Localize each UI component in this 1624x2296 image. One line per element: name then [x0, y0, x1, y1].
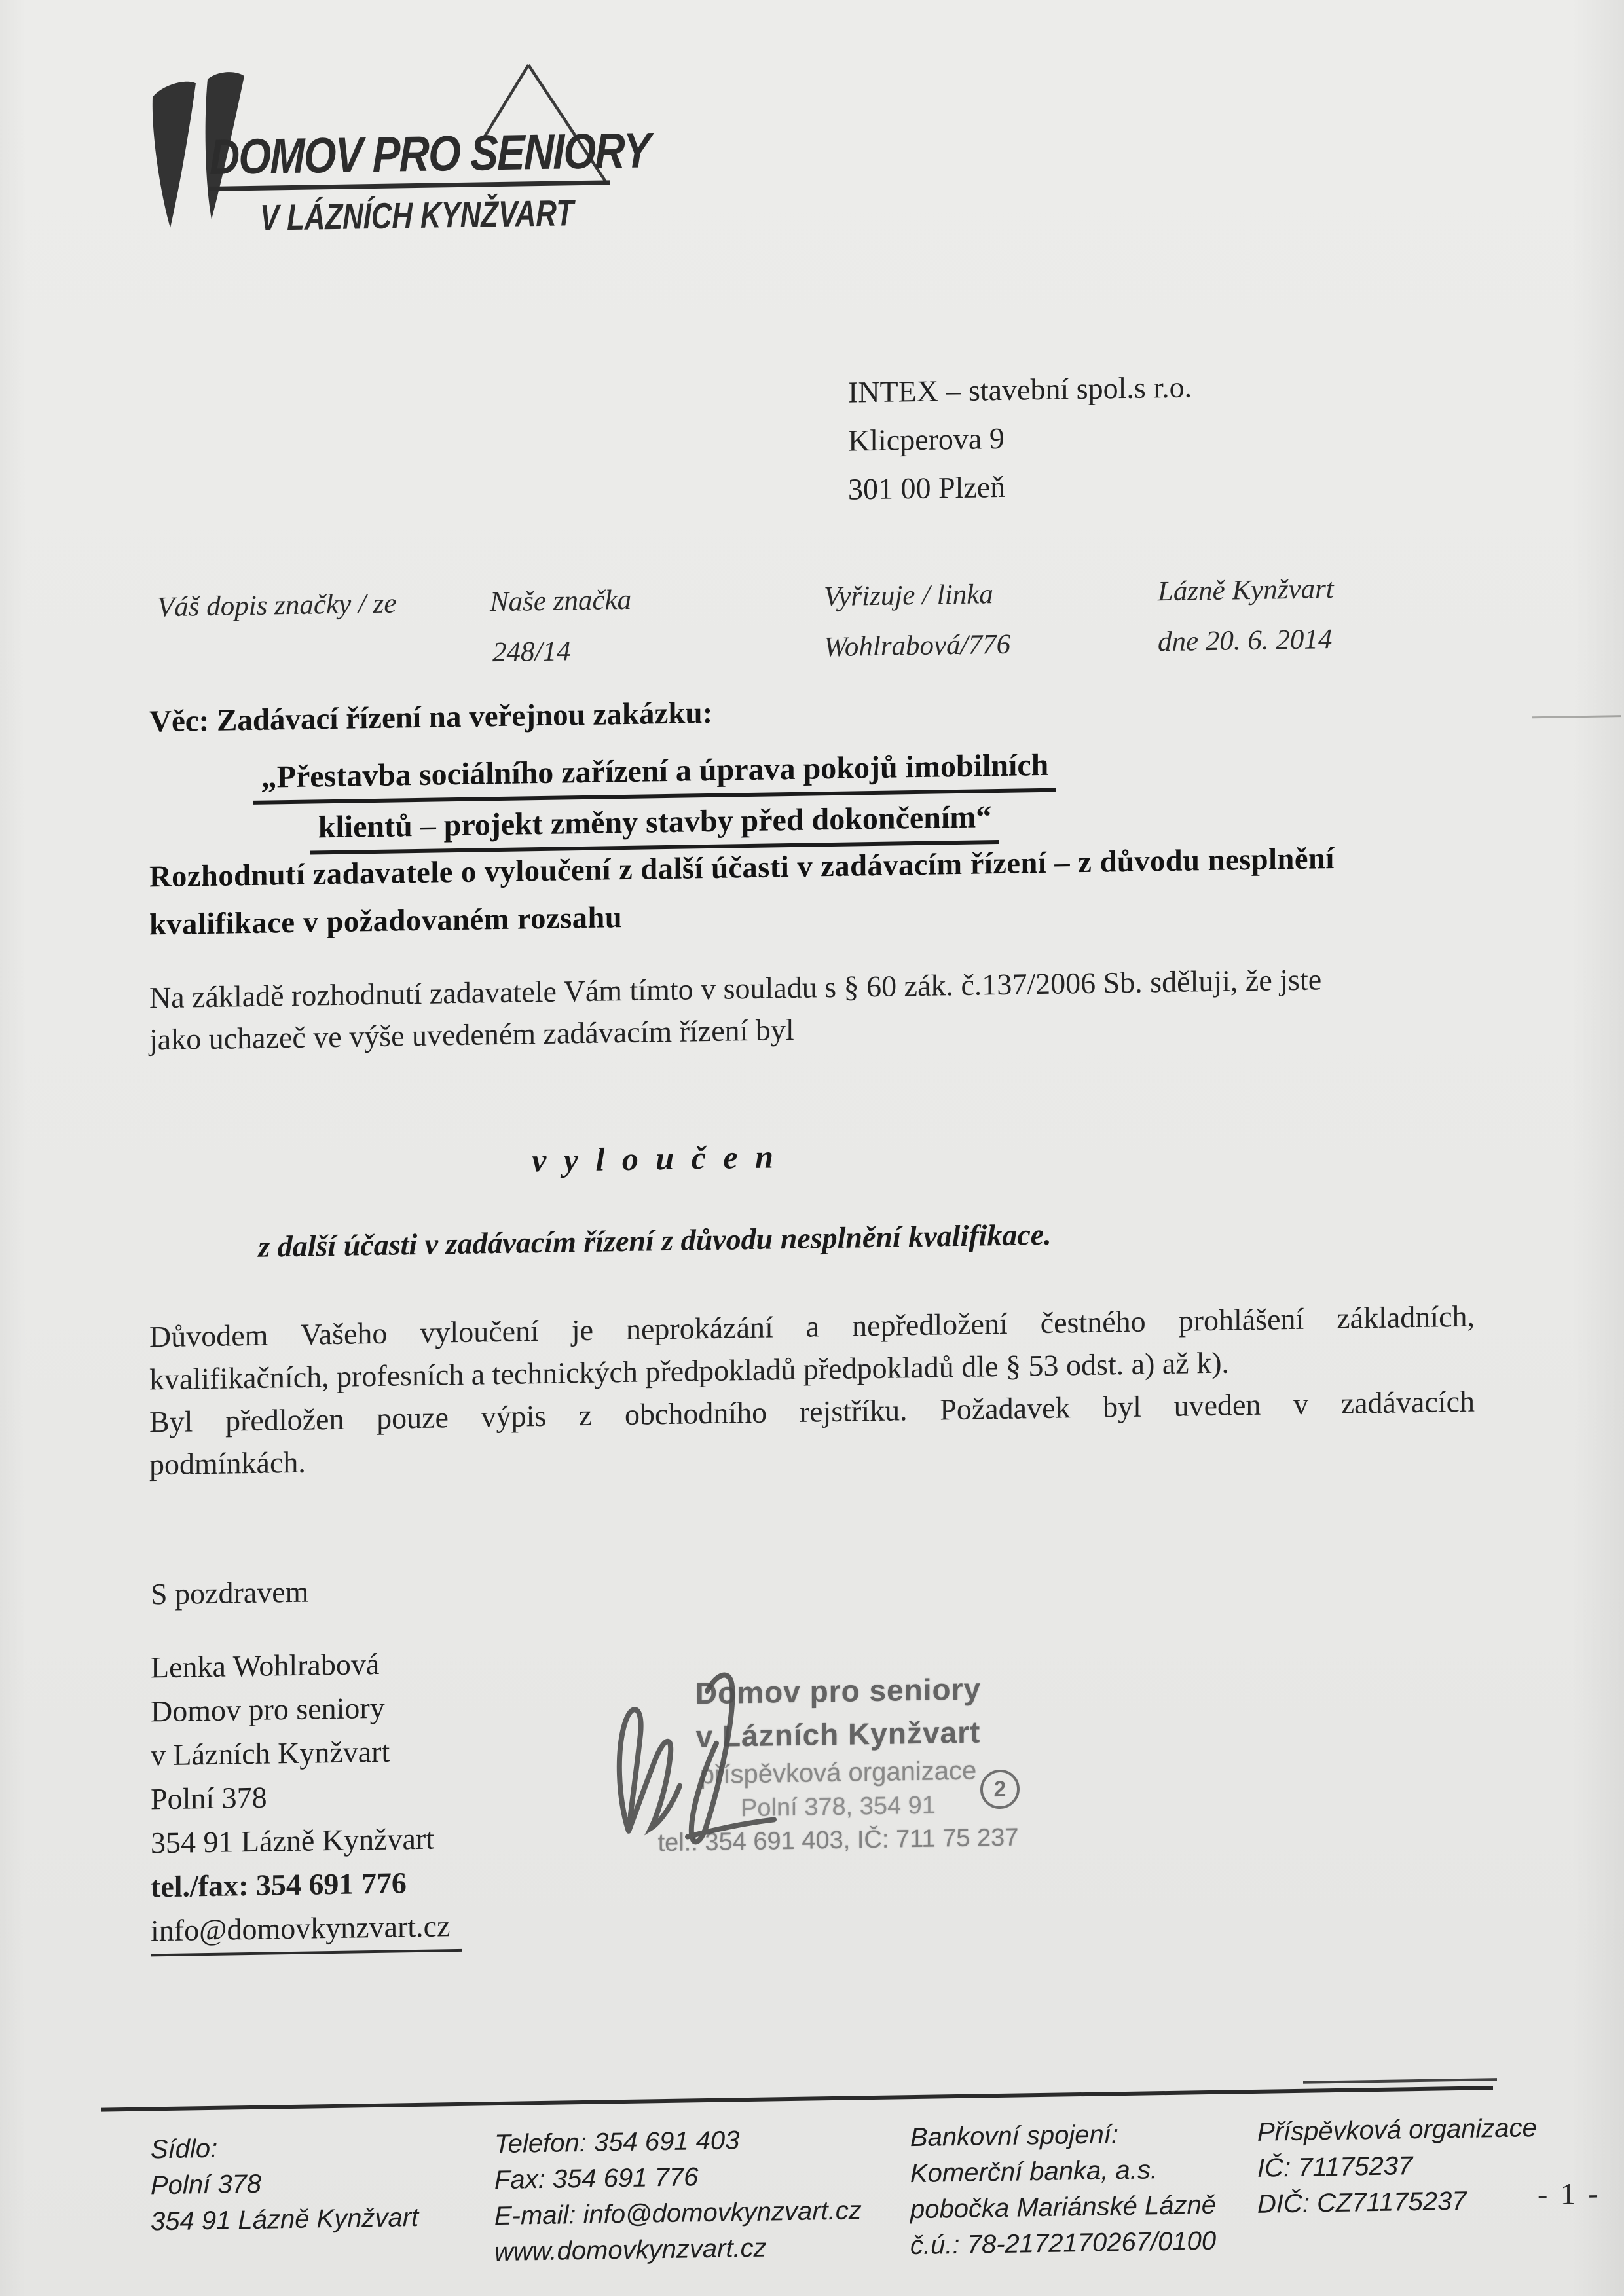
footer-email: E-mail: info@domovkynzvart.cz — [494, 2193, 862, 2234]
scanned-letter: { "colors": {"paper": "#eaeae8", "ink": … — [0, 0, 1624, 2296]
closing-salutation: S pozdravem — [151, 1575, 308, 1612]
footer-divider-artifact — [1303, 2078, 1497, 2084]
ref-date-value: dne 20. 6. 2014 — [1158, 623, 1332, 658]
handwritten-signature-icon — [609, 1663, 832, 1863]
recipient-address: INTEX – stavební spol.s r.o. Klicperova … — [848, 363, 1192, 513]
signer-city: 354 91 Lázně Kynžvart — [151, 1816, 462, 1865]
footer-col-contact: Telefon: 354 691 403 Fax: 354 691 776 E-… — [494, 2121, 862, 2270]
footer-address-line1: Sídlo: — [151, 2128, 418, 2168]
recipient-street: Klicperova 9 — [848, 411, 1192, 465]
letterhead-logo: DOMOV PRO SENIORY V LÁZNÍCH KYNŽVART — [147, 56, 619, 253]
footer-bank-account: č.ú.: 78-2172170267/0100 — [910, 2223, 1216, 2264]
footer-website: www.domovkynzvart.cz — [494, 2229, 862, 2270]
footer-phone: Telefon: 354 691 403 — [494, 2121, 862, 2162]
signer-name: Lenka Wohlrabová — [151, 1641, 462, 1689]
footer-bank-branch: pobočka Mariánské Lázně — [910, 2187, 1216, 2228]
footer-org-type: Příspěvková organizace — [1257, 2110, 1537, 2151]
signer-org-line1: Domov pro seniory — [151, 1685, 462, 1733]
footer-fax: Fax: 354 691 776 — [494, 2157, 862, 2198]
ref-handled-by-label: Vyřizuje / linka — [824, 578, 993, 613]
footer-address-line2: Polní 378 — [151, 2164, 418, 2204]
ref-our-ref-value: 248/14 — [492, 635, 570, 668]
subject-intro: Věc: Zadávací řízení na veřejnou zakázku… — [149, 695, 712, 740]
footer-col-bank: Bankovní spojení: Komerční banka, a.s. p… — [910, 2115, 1216, 2264]
logo-subtitle: V LÁZNÍCH KYNŽVART — [260, 191, 574, 239]
signer-email: info@domovkynzvart.cz — [151, 1904, 462, 1956]
ref-place-label: Lázně Kynžvart — [1158, 573, 1334, 608]
ref-your-letter-label: Váš dopis značky / ze — [157, 587, 396, 623]
verdict-detail: z další účasti v zadávacím řízení z důvo… — [151, 1215, 1159, 1266]
recipient-company: INTEX – stavební spol.s r.o. — [848, 363, 1192, 416]
signer-telfax: tel./fax: 354 691 776 — [151, 1860, 462, 1908]
subject-title-line1: „Přestavba sociálního zařízení a úprava … — [151, 745, 1159, 806]
footer-col-org: Příspěvková organizace IČ: 71175237 DIČ:… — [1257, 2110, 1537, 2223]
signer-street: Polní 378 — [151, 1772, 462, 1821]
footer-address-line3: 354 91 Lázně Kynžvart — [151, 2200, 418, 2240]
signature-block: Lenka Wohlrabová Domov pro seniory v Láz… — [151, 1641, 462, 1956]
verdict-word: v y l o u č e n — [151, 1131, 1159, 1185]
recipient-city: 301 00 Plzeň — [848, 460, 1192, 513]
paper-background: DOMOV PRO SENIORY V LÁZNÍCH KYNŽVART INT… — [0, 0, 1624, 2296]
footer-dic: DIČ: CZ71175237 — [1257, 2182, 1537, 2223]
ref-handled-by-value: Wohlrabová/776 — [824, 629, 1010, 663]
ref-our-ref-label: Naše značka — [490, 584, 631, 618]
body-paragraph-1: Na základě rozhodnutí zadavatele Vám tím… — [149, 957, 1479, 1061]
scan-artifact-dash — [1532, 715, 1621, 718]
subject-title-line1-text: „Přestavba sociálního zařízení a úprava … — [253, 747, 1057, 805]
body-paragraph-2: Důvodem Vašeho vyloučení je neprokázání … — [149, 1295, 1475, 1486]
footer-bank-label: Bankovní spojení: — [910, 2115, 1216, 2156]
footer-ic: IČ: 71175237 — [1257, 2146, 1537, 2187]
letter-content: DOMOV PRO SENIORY V LÁZNÍCH KYNŽVART INT… — [0, 0, 1624, 2296]
page-number: - 1 - — [1538, 2176, 1601, 2212]
signer-org-line2: v Lázních Kynžvart — [151, 1728, 462, 1777]
footer-col-address: Sídlo: Polní 378 354 91 Lázně Kynžvart — [151, 2128, 418, 2240]
logo-title: DOMOV PRO SENIORY — [210, 122, 650, 186]
footer-bank-name: Komerční banka, a.s. — [910, 2151, 1216, 2192]
footer-divider — [101, 2086, 1493, 2111]
